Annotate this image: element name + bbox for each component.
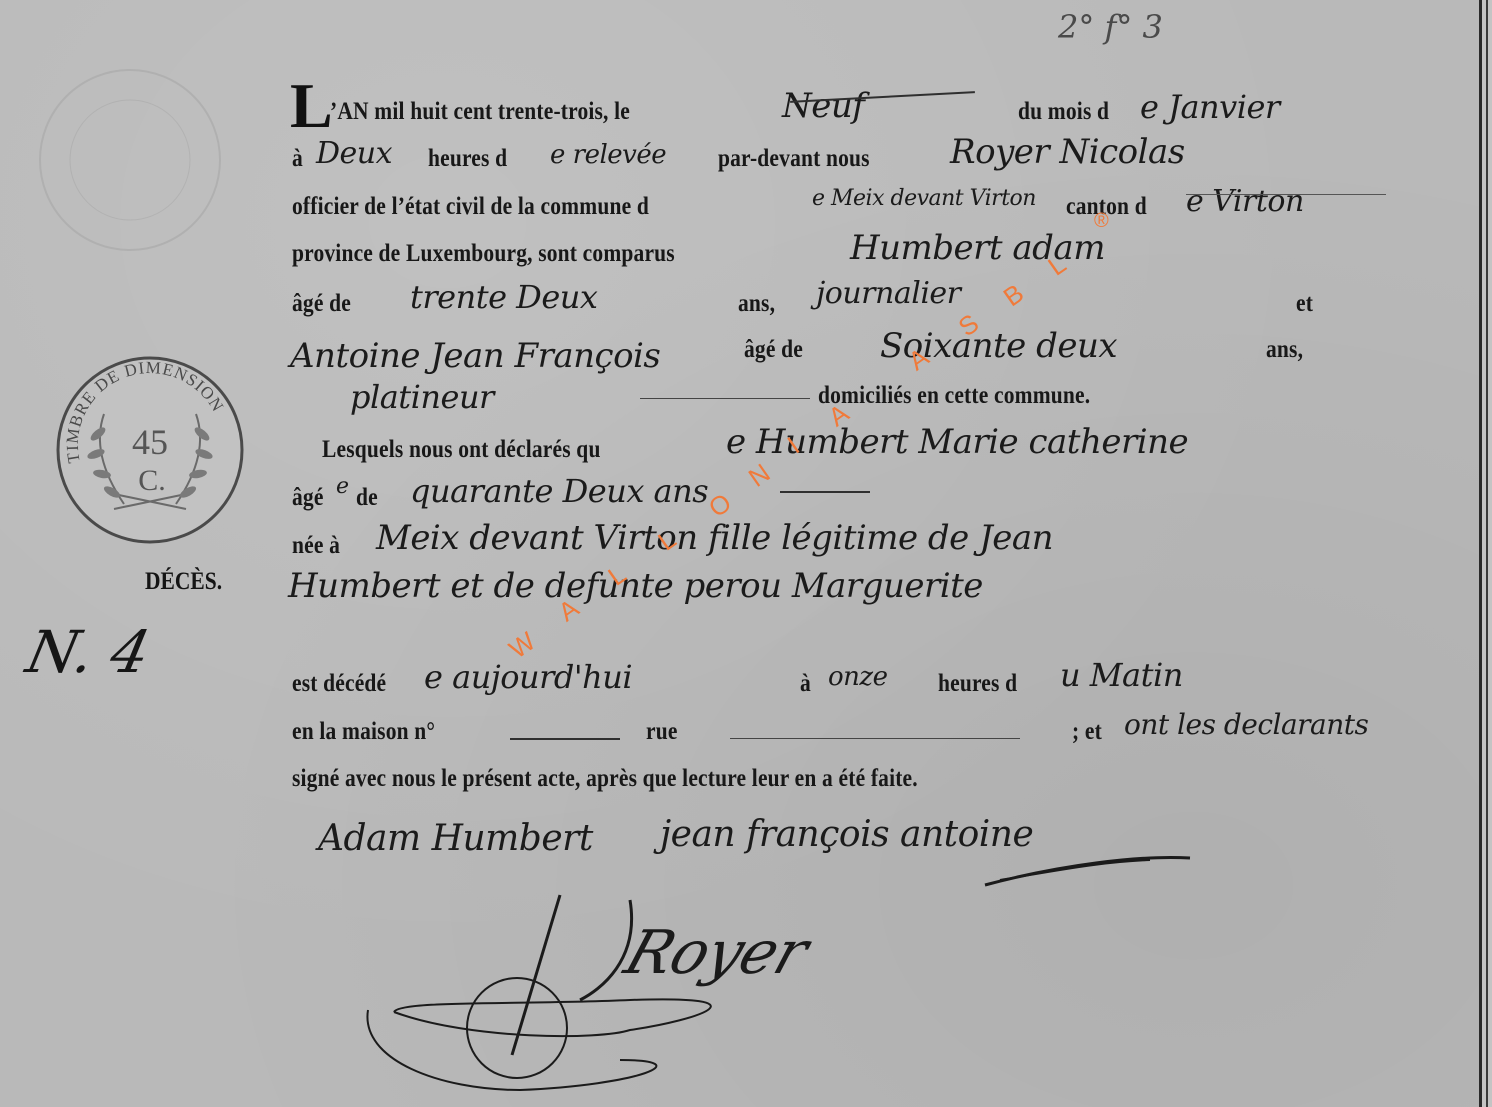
signature-flourishes <box>0 0 1492 1107</box>
